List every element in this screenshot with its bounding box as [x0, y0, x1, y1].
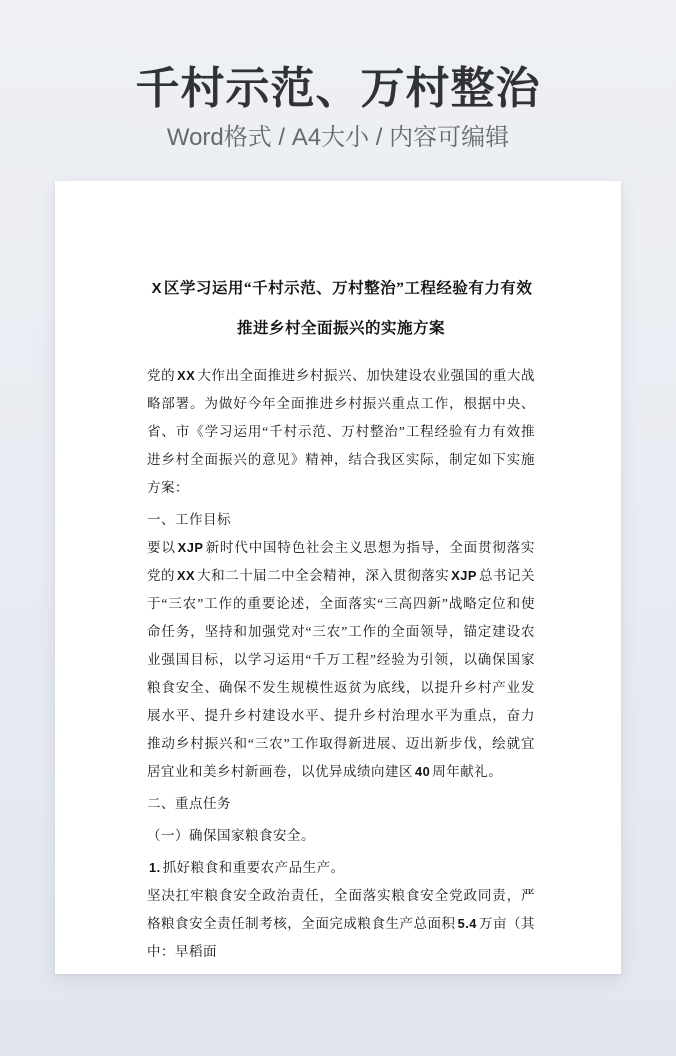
body-paragraph: 要以XJP新时代中国特色社会主义思想为指导，全面贯彻落实党的XX大和二十届二中全… — [147, 534, 535, 786]
section-heading: 一、工作目标 — [147, 506, 535, 534]
body-paragraph: 坚决扛牢粮食安全政治责任，全面落实粮食安全党政同责，严格粮食安全责任制考核，全面… — [147, 882, 535, 966]
document-body: 党的XX大作出全面推进乡村振兴、加快建设农业强国的重大战略部署。为做好今年全面推… — [147, 362, 535, 966]
body-paragraph: 党的XX大作出全面推进乡村振兴、加快建设农业强国的重大战略部署。为做好今年全面推… — [147, 362, 535, 502]
page-background: 千村示范、万村整治 Word格式 / A4大小 / 内容可编辑 X区学习运用“千… — [0, 0, 676, 1056]
section-heading: 二、重点任务 — [147, 790, 535, 818]
preview-title: 千村示范、万村整治 — [0, 60, 676, 118]
section-heading: （一）确保国家粮食安全。 — [147, 822, 535, 850]
section-heading: 1.抓好粮食和重要农产品生产。 — [147, 854, 535, 882]
preview-subtitle: Word格式 / A4大小 / 内容可编辑 — [0, 123, 676, 153]
document-title: X区学习运用“千村示范、万村整治”工程经验有力有效推进乡村全面振兴的实施方案 — [147, 269, 535, 349]
preview-header: 千村示范、万村整治 Word格式 / A4大小 / 内容可编辑 — [0, 0, 676, 153]
document-page: X区学习运用“千村示范、万村整治”工程经验有力有效推进乡村全面振兴的实施方案 党… — [55, 181, 621, 974]
